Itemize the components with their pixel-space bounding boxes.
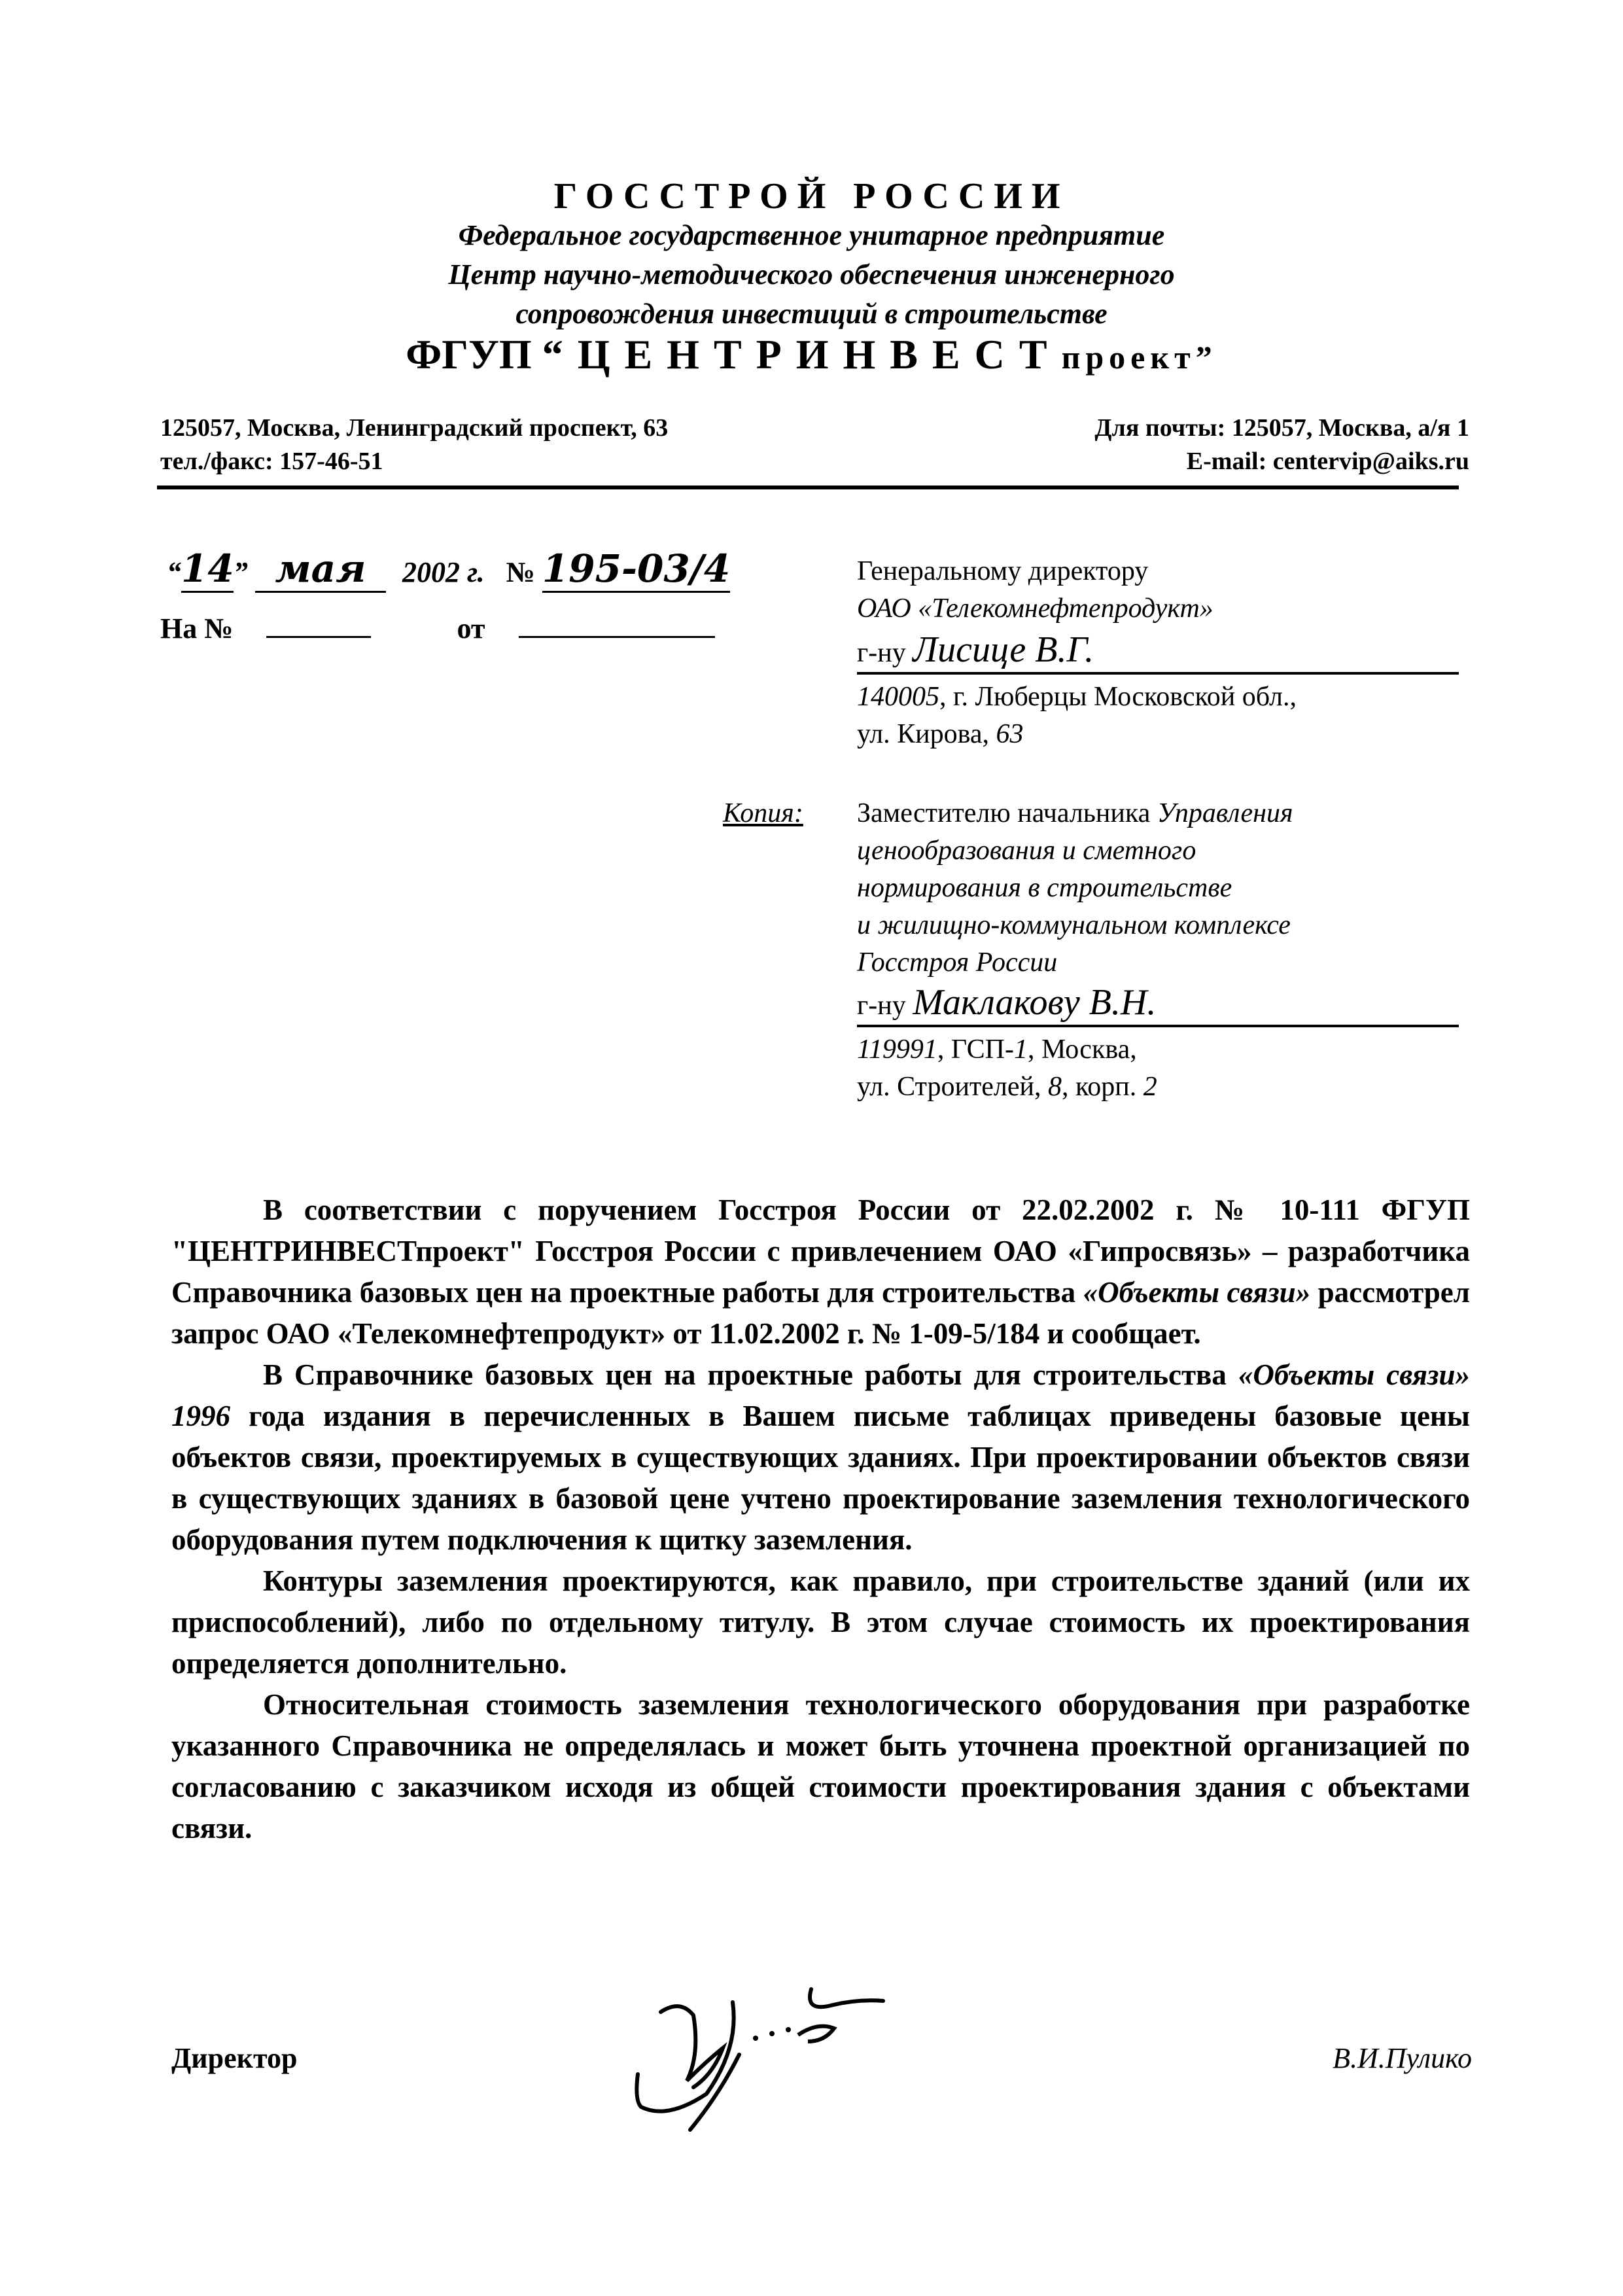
addressee-block: Генеральному директору ОАО «Телекомнефте… — [857, 553, 1459, 753]
copy-salutation: г-ну — [857, 991, 906, 1021]
copy-label: Копия: — [723, 795, 803, 832]
copy-position-it-2: нормирования в строительстве — [857, 870, 1459, 907]
copy-position-plain: Заместителю начальника — [857, 798, 1157, 828]
letterhead-divider — [157, 486, 1459, 489]
copy-block: Заместителю начальника Управления ценооб… — [857, 795, 1459, 1106]
outgoing-date-number: “14” мая 2002 г. № 195-03/4 — [167, 546, 730, 593]
outgoing-number-label: № — [506, 556, 535, 588]
addressee-position: Генеральному директору — [857, 553, 1459, 590]
reply-from-label: от — [457, 612, 485, 645]
outgoing-number: 195-03/4 — [542, 546, 730, 593]
reply-to-label: На № — [160, 612, 233, 645]
org-phone-fax: тел./факс: 157-46-51 — [160, 447, 383, 476]
addressee-address-line-2: ул. Кирова, 63 — [857, 716, 1459, 753]
org-name-suffix: проект” — [1062, 339, 1217, 376]
addressee-salutation: г-ну — [857, 638, 906, 668]
body-paragraph-4: Относительная стоимость заземления техно… — [171, 1684, 1470, 1849]
copy-address-line-1: 119991, ГСП-1, Москва, — [857, 1031, 1459, 1069]
letter-body: В соответствии с поручением Госстроя Рос… — [171, 1190, 1470, 1849]
org-subtitle-line-2: Центр научно-методического обеспечения и… — [0, 255, 1623, 294]
org-address: 125057, Москва, Ленинградский проспект, … — [160, 414, 668, 442]
outgoing-year: 2002 г. — [402, 556, 485, 588]
reply-date-blank — [519, 636, 715, 638]
agency-title: ГОССТРОЙ РОССИИ — [0, 175, 1623, 217]
reply-reference: На № от — [160, 612, 715, 645]
signatory-title: Директор — [171, 2041, 297, 2075]
copy-name-line: г-ну Маклакову В.Н. — [857, 984, 1459, 1027]
body-paragraph-3: Контуры заземления проектируются, как пр… — [171, 1561, 1470, 1684]
addressee-company: ОАО «Телекомнефтепродукт» — [857, 590, 1459, 627]
addressee-name-line: г-ну Лисице В.Г. — [857, 631, 1459, 675]
body-paragraph-2: В Справочнике базовых цен на проектные р… — [171, 1354, 1470, 1561]
reply-number-blank — [266, 636, 371, 638]
org-name: ФГУП “ЦЕНТРИНВЕСТпроект” — [0, 330, 1623, 379]
org-subtitle-line-3: сопровождения инвестиций в строительстве — [0, 294, 1623, 334]
org-subtitle-line-1: Федеральное государственное унитарное пр… — [0, 216, 1623, 255]
org-prefix: ФГУП — [406, 331, 531, 378]
copy-position-it-3: и жилищно-коммунальном комплексе — [857, 907, 1459, 944]
signatory-name: В.И.Пулико — [1269, 2041, 1472, 2075]
org-postal-address: Для почты: 125057, Москва, а/я 1 — [1094, 414, 1469, 442]
addressee-name: Лисице В.Г. — [913, 629, 1094, 670]
body-paragraph-1: В соответствии с поручением Госстроя Рос… — [171, 1190, 1470, 1354]
copy-name: Маклакову В.Н. — [913, 982, 1156, 1023]
handwritten-signature — [608, 1976, 949, 2133]
copy-position-it-0: Управления — [1157, 798, 1293, 828]
copy-position-it-1: ценообразования и сметного — [857, 832, 1459, 870]
org-email: E-mail: centervip@aiks.ru — [1187, 447, 1469, 476]
org-name-main: “ЦЕНТРИНВЕСТ — [542, 331, 1062, 378]
copy-position-it-4: Госстроя России — [857, 944, 1459, 981]
outgoing-day: 14 — [181, 546, 234, 593]
outgoing-month: мая — [255, 546, 386, 593]
addressee-address-line-1: 140005, г. Люберцы Московской обл., — [857, 679, 1459, 716]
copy-address-line-2: ул. Строителей, 8, корп. 2 — [857, 1069, 1459, 1106]
